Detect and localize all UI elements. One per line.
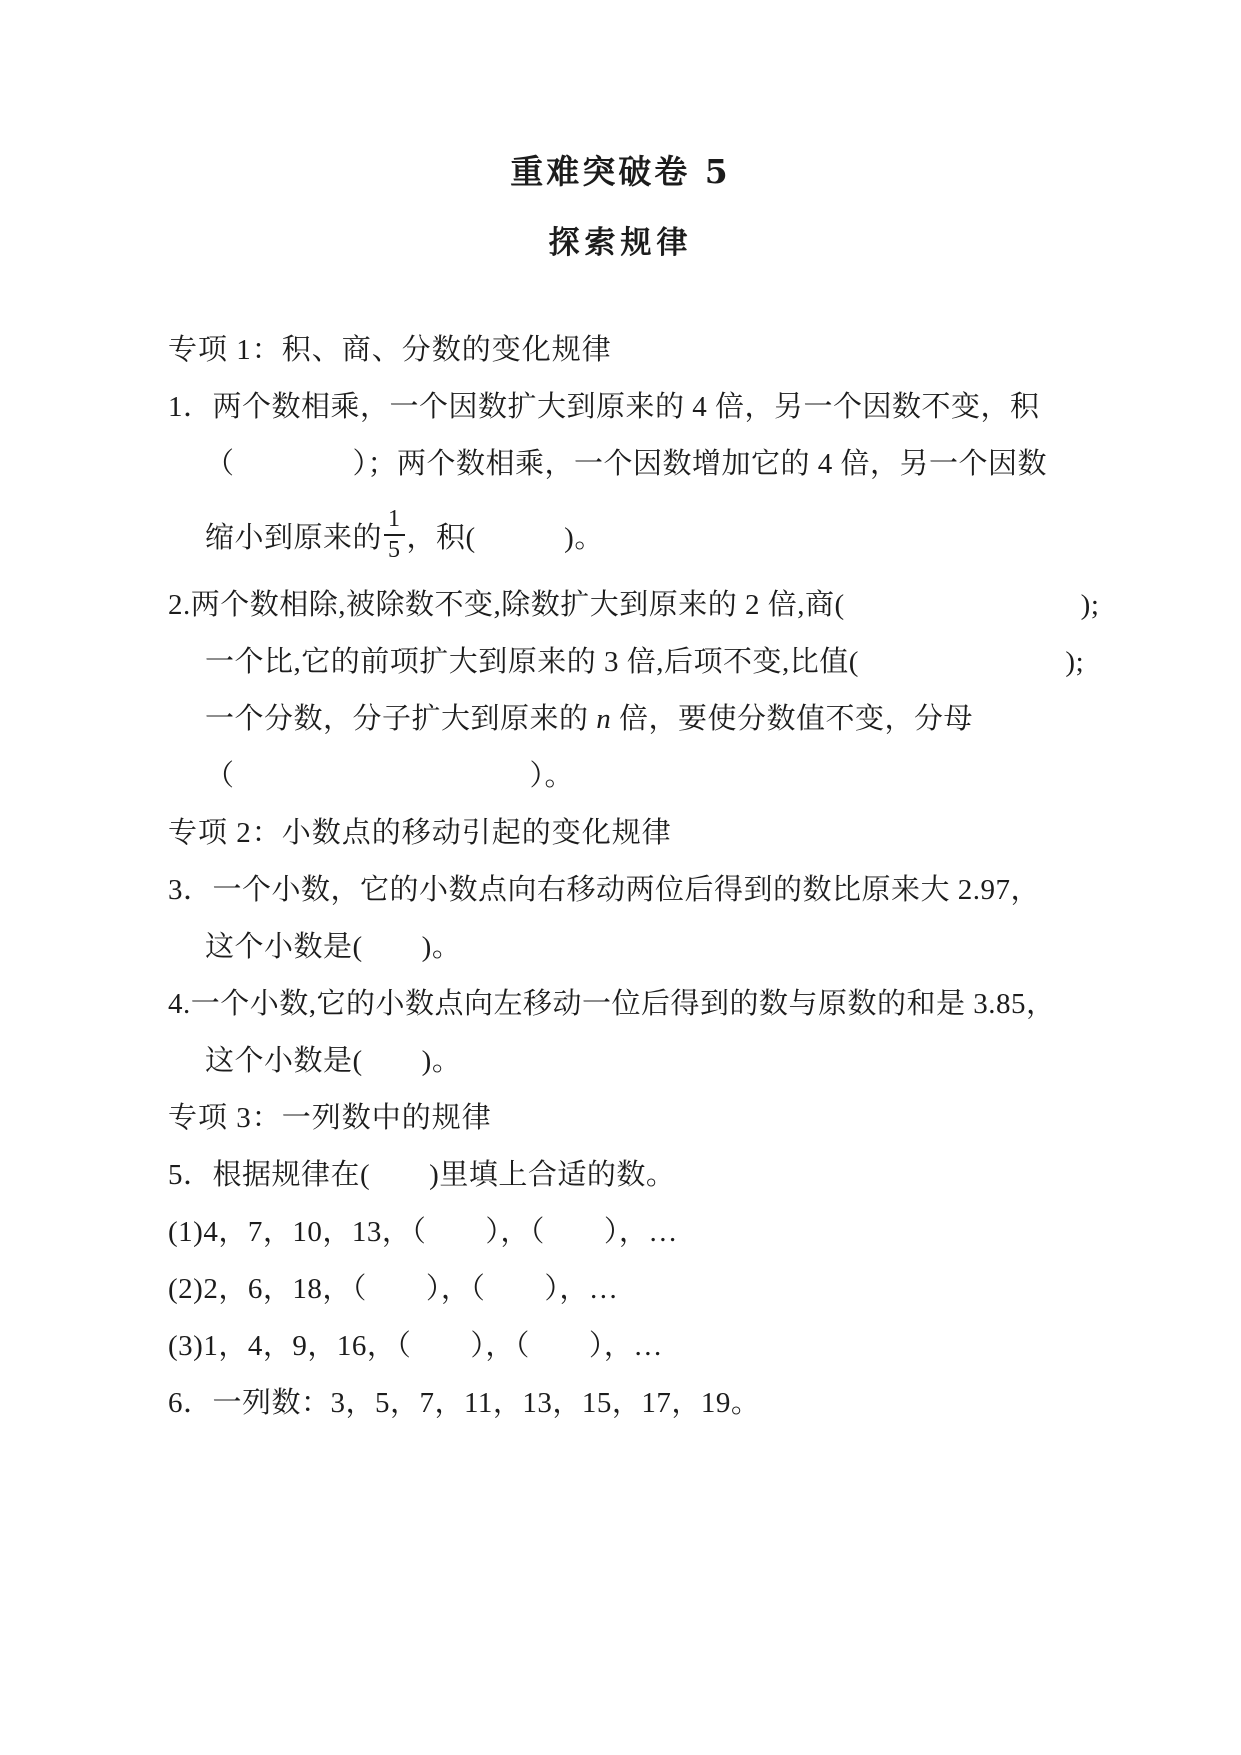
question-1-line-1: 1．两个数相乘，一个因数扩大到原来的 4 倍，另一个因数不变，积 — [168, 379, 1111, 436]
question-2-line-4: （ ）。 — [168, 748, 1111, 805]
question-2-line-1: 2.两个数相除,被除数不变,除数扩大到原来的 2 倍,商( ); — [168, 577, 1111, 634]
page-subtitle: 探索规律 — [0, 217, 1241, 262]
section-2-heading: 专项 2：小数点的移动引起的变化规律 — [168, 805, 1111, 862]
worksheet-body: 专项 1：积、商、分数的变化规律 1．两个数相乘，一个因数扩大到原来的 4 倍，… — [168, 322, 1111, 1432]
question-6-line-1: 6．一列数：3，5，7，11，13，15，17，19。 — [168, 1375, 1111, 1432]
question-2-line-3-pre: 一个分数，分子扩大到原来的 — [205, 703, 596, 735]
question-2-line-3: 一个分数，分子扩大到原来的 n 倍，要使分数值不变，分母 — [168, 691, 1111, 748]
section-3-heading: 专项 3：一列数中的规律 — [168, 1090, 1111, 1147]
question-5-item-2: (2)2，6，18，（ ），（ ），… — [168, 1261, 1111, 1318]
section-1-heading: 专项 1：积、商、分数的变化规律 — [168, 322, 1111, 379]
page-title: 重难突破卷 5 — [0, 146, 1241, 193]
question-1-line-3: 缩小到原来的 1 5 ，积( )。 — [168, 493, 1111, 577]
question-1-line-3-post: ，积( )。 — [407, 515, 604, 556]
question-4-line-2: 这个小数是( )。 — [168, 1033, 1111, 1090]
question-5-item-1: (1)4，7，10，13，（ ），（ ），… — [168, 1204, 1111, 1261]
fraction-one-fifth: 1 5 — [384, 506, 405, 564]
question-4-line-1: 4.一个小数,它的小数点向左移动一位后得到的数与原数的和是 3.85， — [168, 976, 1111, 1033]
worksheet-page: 重难突破卷 5 探索规律 专项 1：积、商、分数的变化规律 1．两个数相乘，一个… — [0, 0, 1241, 1755]
question-5-line-1: 5．根据规律在( )里填上合适的数。 — [168, 1147, 1111, 1204]
question-2-line-2: 一个比,它的前项扩大到原来的 3 倍,后项不变,比值( ); — [168, 634, 1111, 691]
question-2-line-3-post: 倍，要使分数值不变，分母 — [611, 703, 973, 735]
question-3-line-1: 3．一个小数，它的小数点向右移动两位后得到的数比原来大 2.97， — [168, 862, 1111, 919]
fraction-denominator: 5 — [384, 536, 405, 564]
fraction-numerator: 1 — [384, 506, 405, 536]
question-1-line-2: （ ）；两个数相乘，一个因数增加它的 4 倍，另一个因数 — [168, 436, 1111, 493]
math-variable-n: n — [596, 703, 611, 735]
question-3-line-2: 这个小数是( )。 — [168, 919, 1111, 976]
question-1-line-3-pre: 缩小到原来的 — [205, 515, 382, 556]
question-5-item-3: (3)1，4，9，16，（ ），（ ），… — [168, 1318, 1111, 1375]
